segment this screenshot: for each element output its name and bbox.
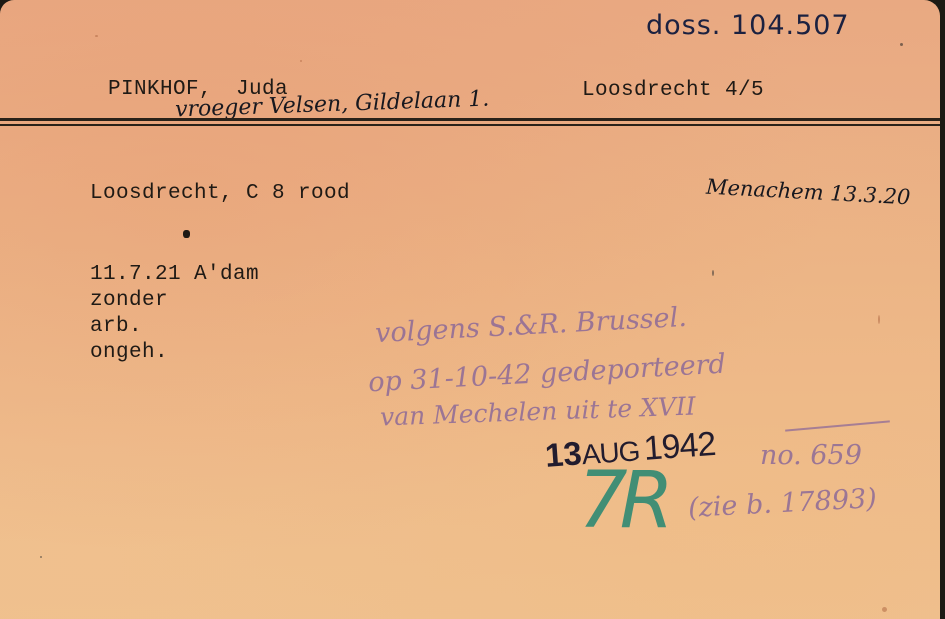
pencil-reference: (zie b. 17893): [687, 483, 877, 524]
marital-status: ongeh.: [90, 342, 168, 364]
birth-date-place: 11.7.21 A'dam: [90, 264, 259, 286]
pencil-note-line2: op 31-10-42 gedeporteerd: [367, 349, 726, 399]
green-crayon-mark: 7R: [578, 456, 666, 546]
index-card: doss. 104.507 PINKHOF, Juda Loosdrecht 4…: [0, 0, 940, 619]
header-rule-bottom: [0, 124, 940, 126]
dossier-number: doss. 104.507: [646, 10, 850, 41]
religion: zonder: [90, 290, 168, 312]
relative-note: Menachem 13.3.20: [706, 175, 911, 210]
pencil-number: no. 659: [760, 440, 862, 471]
header-rule-top: [0, 118, 940, 121]
location-header: Loosdrecht 4/5: [582, 80, 764, 102]
pencil-note-line1: volgens S.&R. Brussel.: [374, 302, 687, 349]
paper-speck: [878, 315, 880, 324]
paper-speck: [900, 43, 903, 46]
pencil-underline: [785, 420, 890, 431]
address: Loosdrecht, C 8 rood: [90, 183, 350, 205]
occupation: arb.: [90, 316, 142, 338]
ink-blot: [183, 230, 190, 238]
paper-speck: [40, 556, 42, 558]
paper-speck: [712, 270, 714, 276]
paper-speck: [882, 607, 887, 612]
paper-speck: [300, 60, 302, 62]
paper-speck: [95, 35, 98, 37]
